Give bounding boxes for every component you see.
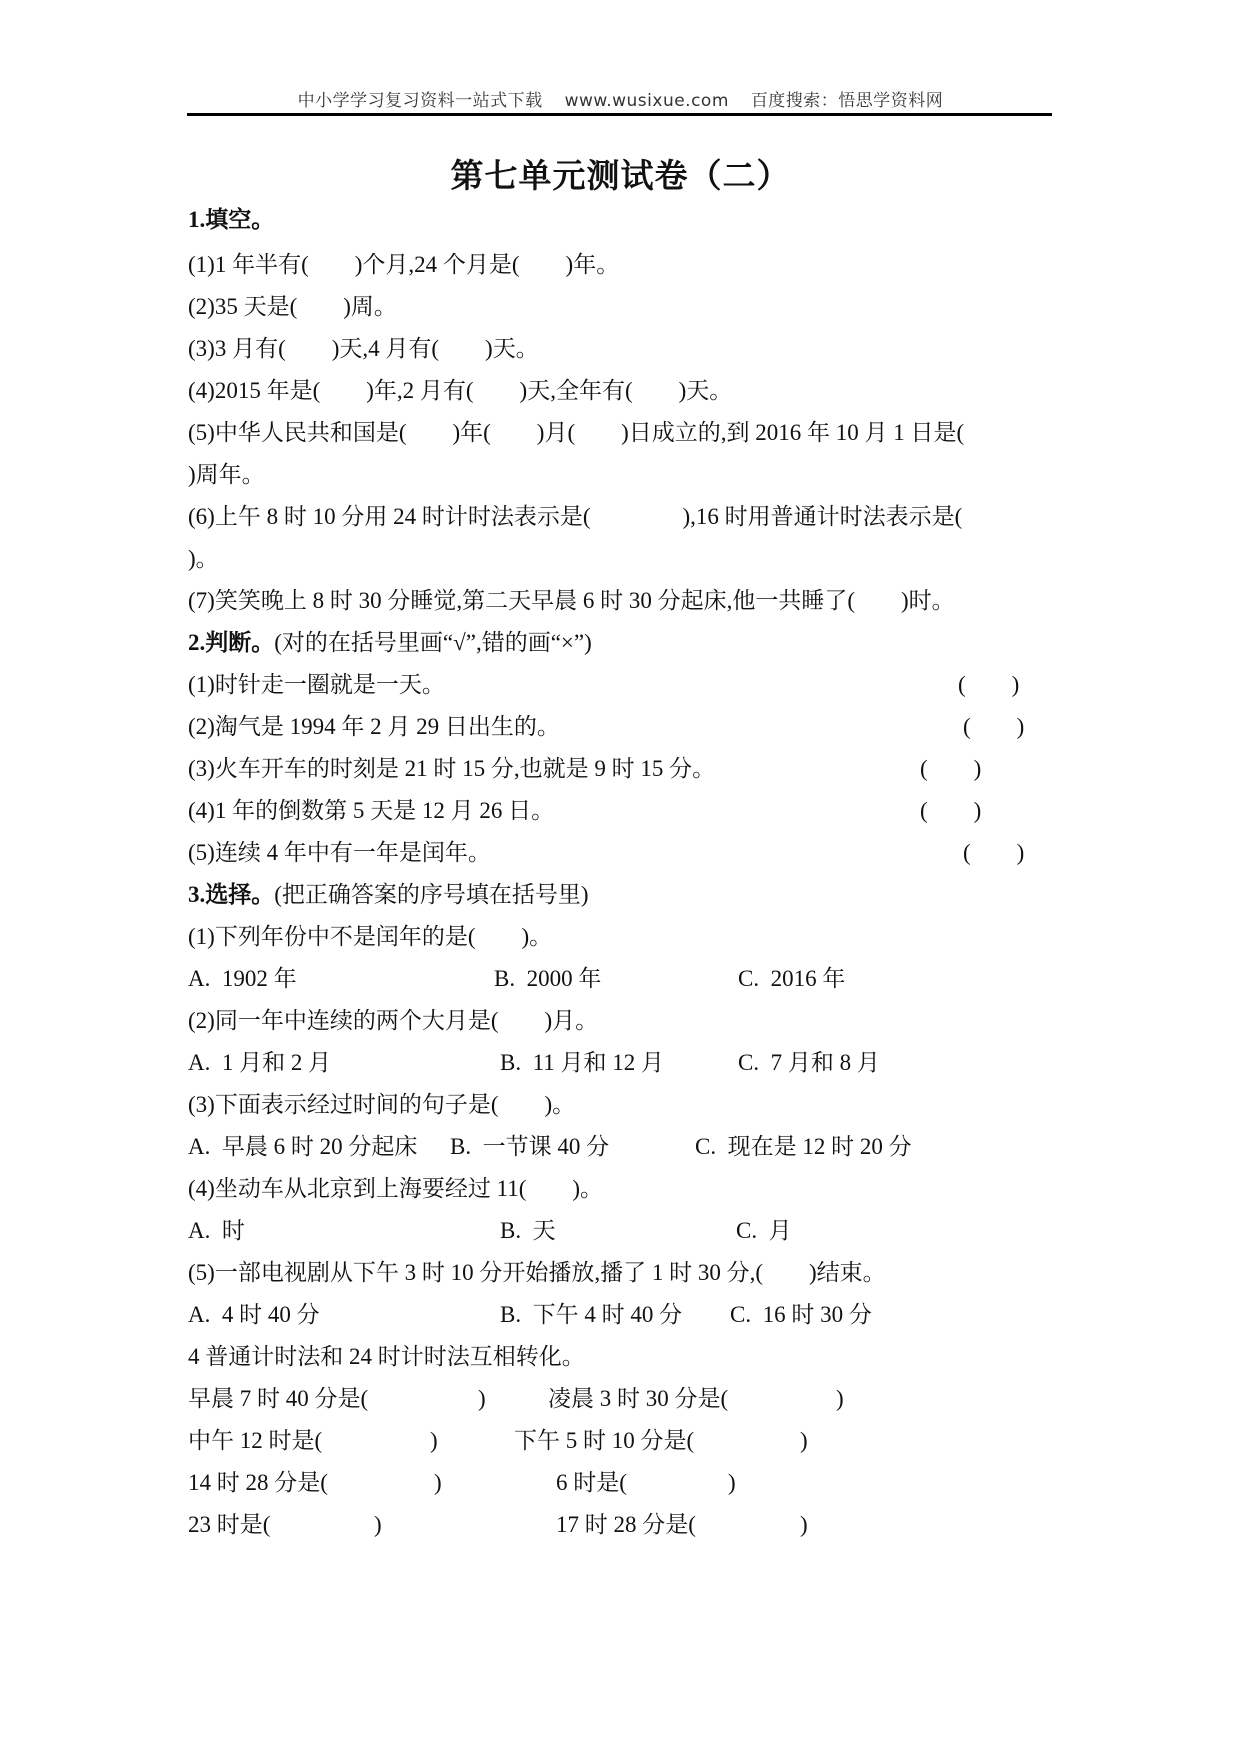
- choice-option-c[interactable]: C. 7 月和 8 月: [738, 1048, 880, 1078]
- fill-item: (1)1 年半有( )个月,24 个月是( )年。: [188, 250, 619, 280]
- judge-item: (1)时针走一圈就是一天。: [188, 670, 445, 700]
- judge-answer-bracket[interactable]: ( ): [920, 796, 981, 826]
- section-1-heading: 1.填空。: [188, 205, 274, 235]
- fill-item: (3)3 月有( )天,4 月有( )天。: [188, 334, 539, 364]
- choice-option-b[interactable]: B. 天: [500, 1216, 556, 1246]
- judge-item: (2)淘气是 1994 年 2 月 29 日出生的。: [188, 712, 560, 742]
- choice-option-c[interactable]: C. 16 时 30 分: [730, 1300, 872, 1330]
- fill-item: (4)2015 年是( )年,2 月有( )天,全年有( )天。: [188, 376, 732, 406]
- header-search-hint: 百度搜索：悟思学资料网: [751, 91, 944, 111]
- fill-item-continuation: )。: [188, 544, 219, 574]
- page-header: 中小学学习复习资料一站式下载 www.wusixue.com 百度搜索：悟思学资…: [0, 86, 1241, 111]
- header-slogan: 中小学学习复习资料一站式下载: [298, 91, 543, 111]
- choice-option-a[interactable]: A. 时: [188, 1216, 245, 1246]
- choice-option-c[interactable]: C. 2016 年: [738, 964, 845, 994]
- judge-item: (4)1 年的倒数第 5 天是 12 月 26 日。: [188, 796, 554, 826]
- section-4-heading: 4 普通计时法和 24 时计时法互相转化。: [188, 1342, 585, 1372]
- convert-prompt: 17 时 28 分是(: [556, 1510, 696, 1540]
- fill-item: (7)笑笑晚上 8 时 30 分睡觉,第二天早晨 6 时 30 分起床,他一共睡…: [188, 586, 955, 616]
- page-title: 第七单元测试卷（二）: [0, 150, 1241, 197]
- convert-prompt: 6 时是(: [556, 1468, 627, 1498]
- choice-question: (5)一部电视剧从下午 3 时 10 分开始播放,播了 1 时 30 分,( )…: [188, 1258, 886, 1288]
- judge-item: (5)连续 4 年中有一年是闰年。: [188, 838, 491, 868]
- header-url[interactable]: www.wusixue.com: [565, 91, 729, 111]
- judge-item: (3)火车开车的时刻是 21 时 15 分,也就是 9 时 15 分。: [188, 754, 715, 784]
- convert-prompt: 早晨 7 时 40 分是(: [188, 1384, 368, 1414]
- convert-close-paren: ): [430, 1426, 438, 1456]
- choice-option-c[interactable]: C. 现在是 12 时 20 分: [695, 1132, 912, 1162]
- convert-close-paren: ): [836, 1384, 844, 1414]
- choice-option-a[interactable]: A. 早晨 6 时 20 分起床: [188, 1132, 417, 1162]
- convert-close-paren: ): [728, 1468, 736, 1498]
- section-2-heading: 2.判断。(对的在括号里画“√”,错的画“×”): [188, 628, 592, 658]
- fill-item-continuation: )周年。: [188, 460, 265, 490]
- section-3-title: 3.选择。: [188, 882, 274, 907]
- convert-prompt: 凌晨 3 时 30 分是(: [548, 1384, 728, 1414]
- header-divider: [187, 113, 1052, 116]
- section-3-heading: 3.选择。(把正确答案的序号填在括号里): [188, 880, 589, 910]
- judge-answer-bracket[interactable]: ( ): [963, 712, 1024, 742]
- fill-item: (6)上午 8 时 10 分用 24 时计时法表示是( ),16 时用普通计时法…: [188, 502, 962, 532]
- choice-question: (1)下列年份中不是闰年的是( )。: [188, 922, 552, 952]
- choice-option-b[interactable]: B. 下午 4 时 40 分: [500, 1300, 682, 1330]
- choice-question: (4)坐动车从北京到上海要经过 11( )。: [188, 1174, 603, 1204]
- choice-option-b[interactable]: B. 2000 年: [494, 964, 601, 994]
- fill-item: (2)35 天是( )周。: [188, 292, 397, 322]
- section-2-title: 2.判断。: [188, 630, 274, 655]
- fill-item: (5)中华人民共和国是( )年( )月( )日成立的,到 2016 年 10 月…: [188, 418, 964, 448]
- choice-option-b[interactable]: B. 11 月和 12 月: [500, 1048, 664, 1078]
- convert-close-paren: ): [434, 1468, 442, 1498]
- choice-option-b[interactable]: B. 一节课 40 分: [450, 1132, 609, 1162]
- convert-close-paren: ): [374, 1510, 382, 1540]
- convert-close-paren: ): [800, 1510, 808, 1540]
- judge-answer-bracket[interactable]: ( ): [920, 754, 981, 784]
- choice-question: (2)同一年中连续的两个大月是( )月。: [188, 1006, 598, 1036]
- convert-close-paren: ): [478, 1384, 486, 1414]
- section-3-instructions: (把正确答案的序号填在括号里): [274, 882, 588, 907]
- judge-answer-bracket[interactable]: ( ): [958, 670, 1019, 700]
- choice-option-a[interactable]: A. 4 时 40 分: [188, 1300, 320, 1330]
- convert-prompt: 14 时 28 分是(: [188, 1468, 328, 1498]
- judge-answer-bracket[interactable]: ( ): [963, 838, 1024, 868]
- convert-prompt: 下午 5 时 10 分是(: [514, 1426, 694, 1456]
- choice-question: (3)下面表示经过时间的句子是( )。: [188, 1090, 575, 1120]
- section-2-instructions: (对的在括号里画“√”,错的画“×”): [274, 630, 592, 655]
- choice-option-c[interactable]: C. 月: [736, 1216, 792, 1246]
- convert-close-paren: ): [800, 1426, 808, 1456]
- choice-option-a[interactable]: A. 1 月和 2 月: [188, 1048, 331, 1078]
- choice-option-a[interactable]: A. 1902 年: [188, 964, 297, 994]
- convert-prompt: 中午 12 时是(: [188, 1426, 322, 1456]
- convert-prompt: 23 时是(: [188, 1510, 270, 1540]
